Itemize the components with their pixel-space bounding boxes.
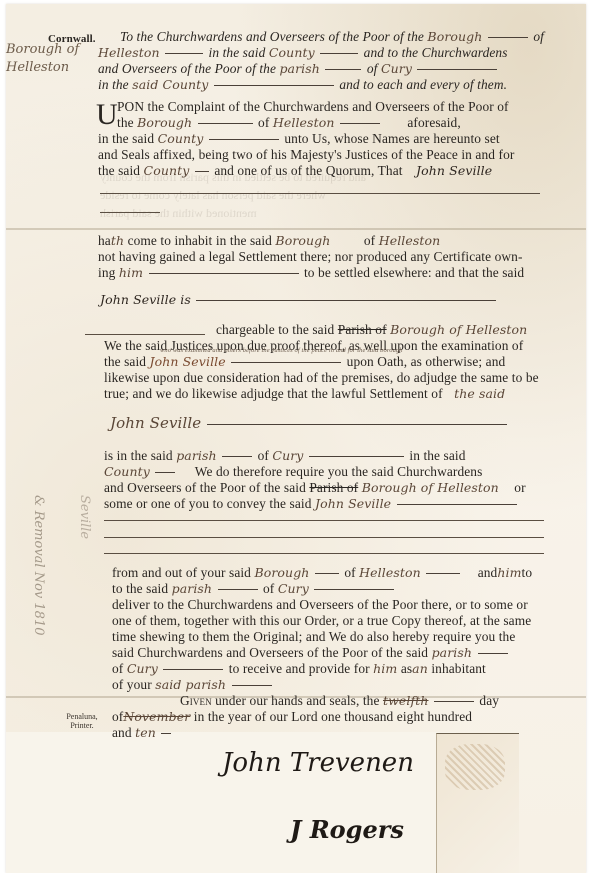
fill-rule xyxy=(196,300,496,301)
seal-impression xyxy=(445,744,505,790)
fill-rule xyxy=(488,37,528,38)
p4-line-2: County We do therefore require you the s… xyxy=(104,464,482,480)
text: and xyxy=(112,725,132,740)
p1-line-2: the Borough of Helleston aforesaid, xyxy=(117,115,461,131)
text: aforesaid, xyxy=(407,115,460,130)
filled-said-county: said County xyxy=(132,77,208,92)
paper-flap xyxy=(436,733,519,873)
fill-rule xyxy=(340,123,380,124)
show-through-text: where the said person has lately come to… xyxy=(100,188,326,203)
filled-helleston: Helleston xyxy=(98,45,160,60)
margin-note-borough: Borough of xyxy=(6,42,79,57)
text: in the year of our Lord one thousand eig… xyxy=(194,709,472,724)
fill-rule xyxy=(161,733,171,734)
text: of xyxy=(112,709,123,724)
fill-rule xyxy=(209,139,279,140)
fill-rule xyxy=(231,362,341,363)
filled-borough: Borough xyxy=(427,29,482,44)
fold-crease xyxy=(6,228,586,230)
text: from and out of your said xyxy=(112,565,251,580)
filled-county: County xyxy=(144,163,190,178)
filled-cury: Cury xyxy=(127,661,158,676)
text: unto Us, whose Names are hereunto set xyxy=(284,131,499,146)
address-line-2: Helleston in the said County and to the … xyxy=(98,45,508,61)
address-line-4: in the said County and to each and every… xyxy=(98,77,507,93)
text: to receive and provide for xyxy=(229,661,370,676)
text: to the said xyxy=(112,581,168,596)
text: of xyxy=(367,61,378,76)
fill-rule xyxy=(478,653,508,654)
filled-name: John Seville xyxy=(110,414,201,432)
filled-him: him xyxy=(497,565,521,580)
fill-rule xyxy=(232,685,272,686)
filled-year: ten xyxy=(135,725,156,740)
text: in the xyxy=(98,77,129,92)
text: ha xyxy=(98,233,111,248)
filled-county: County xyxy=(269,45,315,60)
filled-name: John Seville xyxy=(150,354,226,369)
p5-line-1: from and out of your said Borough of Hel… xyxy=(112,565,532,581)
filled-borough-helleston: Borough of Helleston xyxy=(390,322,527,337)
text: some or one of you to convey the said xyxy=(104,496,312,511)
margin-note-helleston: Helleston xyxy=(6,60,69,75)
filled-helleston: Helleston xyxy=(273,115,335,130)
filled-parish: parish xyxy=(279,61,320,76)
fill-rule xyxy=(426,573,460,574)
filled-cury: Cury xyxy=(381,61,412,76)
p3-line-1: chargeable to the said Parish of Borough… xyxy=(216,322,527,338)
drop-cap: U xyxy=(96,98,118,132)
filled-him: him xyxy=(119,265,143,280)
fill-rule xyxy=(434,701,474,702)
fill-rule xyxy=(315,573,339,574)
fill-rule xyxy=(214,85,334,86)
filled-helleston: Helleston xyxy=(379,233,441,248)
given-line-3: and ten xyxy=(112,725,173,741)
text: the said xyxy=(104,354,146,369)
p4-line-4: some or one of you to convey the said Jo… xyxy=(104,496,519,512)
filled-parish: parish xyxy=(432,645,473,660)
p3-line-3: the said John Seville upon Oath, as othe… xyxy=(104,354,505,370)
p5-line-8: of your said parish xyxy=(112,677,274,693)
p2-line-3: ing him to be settled elsewhere: and tha… xyxy=(98,265,524,281)
p3-line-4: likewise upon due consideration had of t… xyxy=(104,370,539,386)
text: in the said xyxy=(98,131,154,146)
text: in the said xyxy=(409,448,465,463)
p1-line-4: and Seals affixed, being two of his Maje… xyxy=(98,147,514,163)
fill-rule xyxy=(222,456,252,457)
filled-borough: Borough xyxy=(254,565,309,580)
p1-line-5: the said County and one of us of the Quo… xyxy=(98,163,492,179)
text: the said xyxy=(98,163,140,178)
filled-an: an xyxy=(412,661,428,676)
text: of xyxy=(258,448,269,463)
p1-line-3: in the said County unto Us, whose Names … xyxy=(98,131,500,147)
text: or xyxy=(514,480,525,495)
printer-label: Printer. xyxy=(62,721,102,730)
filled-borough-helleston: Borough of Helleston xyxy=(362,480,499,495)
text: ing xyxy=(98,265,115,280)
p5-line-5: time shewing to them the Original; and W… xyxy=(112,629,515,645)
text: under our hands and seals, the xyxy=(215,693,379,708)
fill-rule xyxy=(100,212,160,213)
filled-name: John Seville xyxy=(315,496,391,511)
text: said Churchwardens and Overseers of the … xyxy=(112,645,428,660)
filled-cury: Cury xyxy=(278,581,309,596)
filled-county: County xyxy=(104,464,150,479)
p5-line-6: said Churchwardens and Overseers of the … xyxy=(112,645,510,661)
filled-th: th xyxy=(111,233,124,248)
fill-rule xyxy=(155,472,175,473)
fill-rule xyxy=(314,589,394,590)
fill-rule xyxy=(417,69,497,70)
p1-line-1: PON the Complaint of the Churchwardens a… xyxy=(117,99,509,115)
fill-rule xyxy=(218,589,258,590)
p5-line-2: to the said parish of Cury xyxy=(112,581,396,597)
struck-text: Parish of xyxy=(338,322,387,337)
p3-line-5: true; and we do likewise adjudge that th… xyxy=(104,386,505,402)
text: to xyxy=(522,565,533,580)
text: and Overseers of the Poor of the said xyxy=(104,480,306,495)
show-through-text: mentioned within the said parish xyxy=(100,206,257,221)
filled-the-said: the said xyxy=(454,386,505,401)
fill-rule xyxy=(100,193,540,194)
given-line-2: ofNovember in the year of our Lord one t… xyxy=(112,709,472,725)
filled-helleston: Helleston xyxy=(359,565,421,580)
p2-line-2: not having gained a legal Settlement the… xyxy=(98,249,523,265)
fill-rule xyxy=(198,123,253,124)
fill-rule xyxy=(325,69,361,70)
fill-rule xyxy=(397,504,517,505)
filled-him: him xyxy=(373,661,397,676)
signature-rogers: J Rogers xyxy=(290,815,404,844)
filled-cury: Cury xyxy=(272,448,303,463)
text: of xyxy=(533,29,544,44)
address-line-1: To the Churchwardens and Overseers of th… xyxy=(120,29,544,45)
text: and to each and every of them. xyxy=(339,77,507,92)
p5-line-4: one of them, together with this our Orde… xyxy=(112,613,531,629)
text: We do therefore require you the said Chu… xyxy=(195,464,483,479)
margin-vertical-note: Seville xyxy=(77,495,92,539)
fill-rule xyxy=(195,171,209,172)
margin-vertical-note: & Removal Nov 1810 xyxy=(31,495,46,636)
filled-county: County xyxy=(158,131,204,146)
text: of xyxy=(263,581,274,596)
text: true; and we do likewise adjudge that th… xyxy=(104,386,443,401)
filled-said-parish: said parish xyxy=(155,677,226,692)
filled-borough: Borough xyxy=(137,115,192,130)
p3-line-6: John Seville xyxy=(110,414,509,432)
text: of xyxy=(344,565,355,580)
text: and to the Churchwardens xyxy=(364,45,508,60)
text: come to inhabit in the said xyxy=(128,233,272,248)
text: upon Oath, as otherwise; and xyxy=(347,354,506,369)
text: To the Churchwardens and Overseers of th… xyxy=(120,29,424,44)
p4-line-3: and Overseers of the Poor of the said Pa… xyxy=(104,480,526,496)
text: day xyxy=(479,693,499,708)
text: in the said xyxy=(209,45,266,60)
text: and one of us of the Quorum, That xyxy=(214,163,402,178)
fill-rule xyxy=(320,53,358,54)
text: and Overseers of the Poor of the xyxy=(98,61,276,76)
text: and xyxy=(478,565,498,580)
filled-month: November xyxy=(123,709,190,724)
fill-rule xyxy=(207,424,507,425)
filled-parish: parish xyxy=(176,448,217,463)
p5-line-3: deliver to the Churchwardens and Oversee… xyxy=(112,597,528,613)
text: is in the said xyxy=(104,448,173,463)
filled-name: John Seville is xyxy=(100,292,191,307)
fill-rule xyxy=(309,456,404,457)
struck-text: Parish of xyxy=(309,480,358,495)
printer-name: Penaluna, xyxy=(62,712,102,721)
text: as xyxy=(401,661,412,676)
interlined-note: who was examined and others before the J… xyxy=(160,347,403,354)
text: Given xyxy=(180,693,212,708)
signature-trevenen: John Trevenen xyxy=(222,748,414,778)
text: of xyxy=(112,661,123,676)
p5-line-7: of Cury to receive and provide for him a… xyxy=(112,661,486,677)
address-line-3: and Overseers of the Poor of the parish … xyxy=(98,61,499,77)
text: inhabitant xyxy=(431,661,486,676)
fill-rule xyxy=(104,537,544,538)
fill-rule xyxy=(104,520,544,521)
filled-parish: parish xyxy=(172,581,213,596)
fill-rule xyxy=(165,53,203,54)
fill-rule xyxy=(163,669,223,670)
text: of your xyxy=(112,677,152,692)
fill-rule xyxy=(85,334,205,335)
filled-day: twelfth xyxy=(383,693,429,708)
fill-rule xyxy=(149,273,299,274)
text: of xyxy=(364,233,375,248)
given-line-1: Given under our hands and seals, the twe… xyxy=(180,693,499,709)
filled-borough: Borough xyxy=(275,233,330,248)
printer-imprint: Penaluna, Printer. xyxy=(62,712,102,730)
fill-rule xyxy=(104,553,544,554)
text: chargeable to the said xyxy=(216,322,334,337)
text: of xyxy=(258,115,269,130)
text: the xyxy=(117,115,134,130)
p2-line-1: hath come to inhabit in the said Borough… xyxy=(98,233,440,249)
text: to be settled elsewhere: and that the sa… xyxy=(304,265,524,280)
filled-name: John Seville xyxy=(416,163,492,178)
p2-line-4: John Seville is xyxy=(100,292,498,308)
p4-line-1: is in the said parish of Cury in the sai… xyxy=(104,448,466,464)
